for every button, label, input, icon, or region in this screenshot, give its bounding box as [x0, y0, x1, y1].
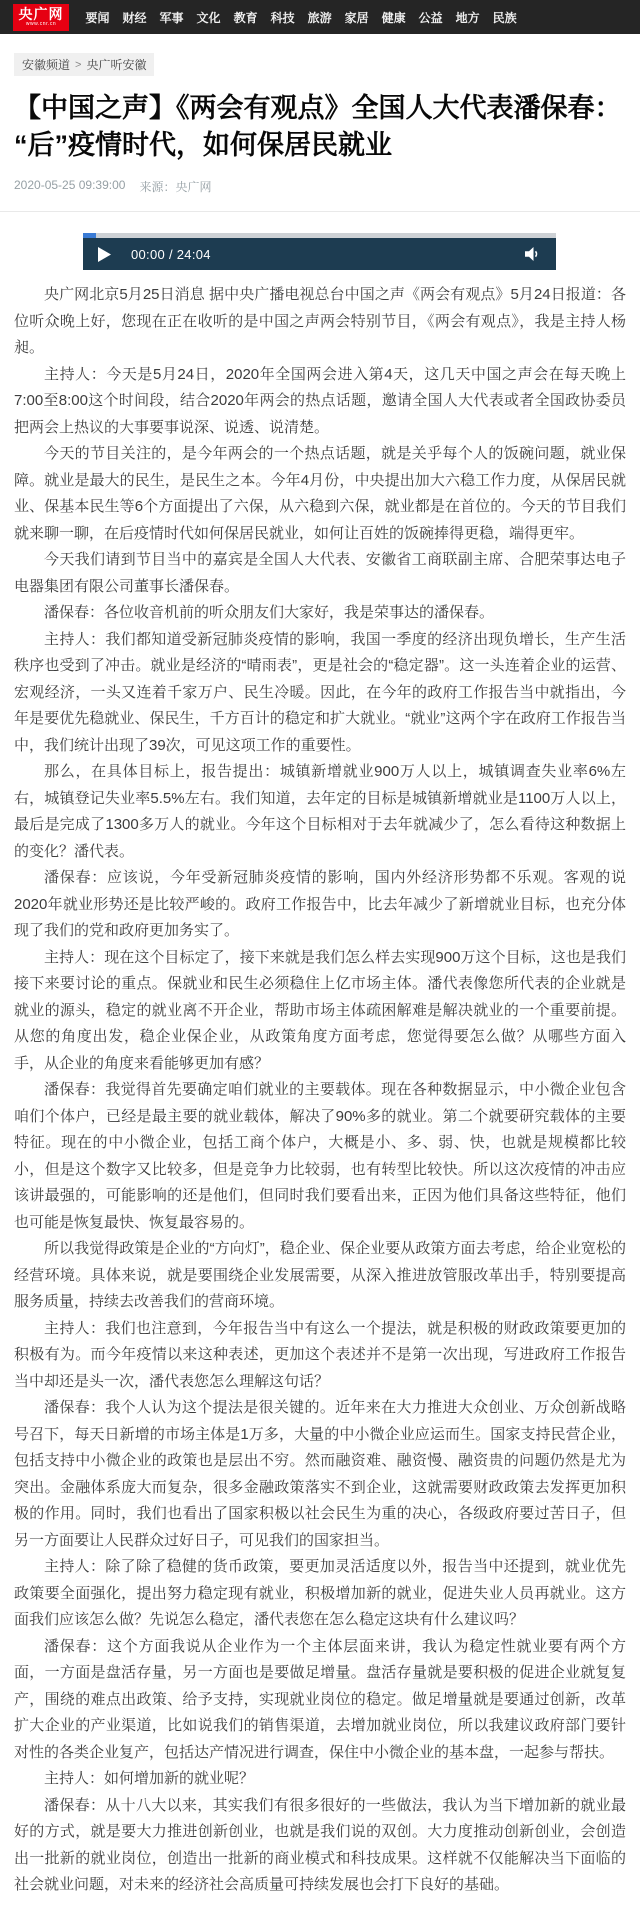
- breadcrumb-wrap: 安徽频道 > 央广听安徽: [0, 34, 640, 76]
- article-paragraph: 主持人：除了除了稳健的货币政策，要更加灵活适度以外，报告当中还提到，就业优先政策…: [14, 1554, 626, 1634]
- article-paragraph: 潘保春：我觉得首先要确定咱们就业的主要载体。现在各种数据显示，中小微企业包含咱们…: [14, 1077, 626, 1236]
- article-head: 【中国之声】《两会有观点》全国人大代表潘保春：“后”疫情时代，如何保居民就业 2…: [0, 76, 640, 195]
- nav-item-民族[interactable]: 民族: [486, 9, 523, 26]
- article-paragraph: 主持人：如何增加新的就业呢？: [14, 1766, 626, 1793]
- audio-time-display: 00:00 / 24:04: [131, 247, 211, 262]
- audio-player: 00:00 / 24:04: [83, 233, 556, 270]
- nav-item-文化[interactable]: 文化: [190, 9, 227, 26]
- breadcrumb-channel-link[interactable]: 安徽频道: [22, 56, 70, 73]
- play-icon: [98, 247, 111, 262]
- nav-item-科技[interactable]: 科技: [264, 9, 301, 26]
- article-paragraph: 今天我们请到节目当中的嘉宾是全国人大代表、安徽省工商联副主席、合肥荣事达电子电器…: [14, 547, 626, 600]
- article-paragraph: 今天的节目关注的，是今年两会的一个热点话题，就是关乎每个人的饭碗问题，就业保障。…: [14, 441, 626, 547]
- audio-player-bar: 00:00 / 24:04: [83, 238, 556, 270]
- article-paragraph: 潘保春：从十八大以来，其实我们有很多很好的一些做法，我认为当下增加新的就业最好的…: [14, 1793, 626, 1899]
- article-meta: 2020-05-25 09:39:00 来源：央广网: [14, 178, 626, 195]
- article-date: 2020-05-25 09:39:00: [14, 178, 125, 195]
- nav-item-要闻[interactable]: 要闻: [79, 9, 116, 26]
- article-paragraph: 主持人：今天是5月24日，2020年全国两会进入第4天，这几天中国之声会在每天晚…: [14, 362, 626, 442]
- breadcrumb-separator: >: [75, 59, 81, 71]
- site-header: 央广网 www.cnr.cn 要闻财经军事文化教育科技旅游家居健康公益地方民族: [0, 0, 640, 34]
- breadcrumb-section-link[interactable]: 央广听安徽: [86, 56, 146, 73]
- nav-item-家居[interactable]: 家居: [338, 9, 375, 26]
- article-title: 【中国之声】《两会有观点》全国人大代表潘保春：“后”疫情时代，如何保居民就业: [14, 90, 626, 164]
- article-paragraph: 主持人：我们也注意到，今年报告当中有这么一个提法，就是积极的财政政策要更加的积极…: [14, 1316, 626, 1396]
- article-paragraph: 央广网北京5月25日消息 据中央广播电视总台中国之声《两会有观点》5月24日报道…: [14, 282, 626, 362]
- article-paragraph: 主持人：我们都知道受新冠肺炎疫情的影响，我国一季度的经济出现负增长，生产生活秩序…: [14, 627, 626, 760]
- logo-title: 央广网: [19, 7, 64, 21]
- article-paragraph: 潘保春：各位收音机前的听众朋友们大家好，我是荣事达的潘保春。: [14, 600, 626, 627]
- article-paragraph: 潘保春：应该说，今年受新冠肺炎疫情的影响，国内外经济形势都不乐观。客观的说202…: [14, 865, 626, 945]
- audio-progress-bar[interactable]: [83, 233, 556, 238]
- nav-item-教育[interactable]: 教育: [227, 9, 264, 26]
- main-nav: 要闻财经军事文化教育科技旅游家居健康公益地方民族: [79, 9, 523, 26]
- nav-item-健康[interactable]: 健康: [375, 9, 412, 26]
- article-paragraph: 所以我觉得政策是企业的“方向灯”，稳企业、保企业要从政策方面去考虑，给企业宽松的…: [14, 1236, 626, 1316]
- logo-subtitle: www.cnr.cn: [26, 22, 56, 27]
- header-divider: [0, 211, 640, 212]
- nav-item-地方[interactable]: 地方: [449, 9, 486, 26]
- nav-item-旅游[interactable]: 旅游: [301, 9, 338, 26]
- speaker-icon: [525, 247, 541, 261]
- nav-item-军事[interactable]: 军事: [153, 9, 190, 26]
- site-logo[interactable]: 央广网 www.cnr.cn: [13, 4, 69, 31]
- volume-button[interactable]: [524, 246, 542, 262]
- audio-progress-played: [83, 233, 96, 238]
- article-body: 央广网北京5月25日消息 据中央广播电视总台中国之声《两会有观点》5月24日报道…: [0, 270, 640, 1909]
- breadcrumb: 安徽频道 > 央广听安徽: [14, 53, 154, 76]
- nav-item-财经[interactable]: 财经: [116, 9, 153, 26]
- article-paragraph: 那么，在具体目标上，报告提出：城镇新增就业900万人以上，城镇调查失业率6%左右…: [14, 759, 626, 865]
- article-source: 来源：央广网: [139, 178, 211, 195]
- play-button[interactable]: [97, 246, 111, 262]
- article-paragraph: 潘保春：我个人认为这个提法是很关键的。近年来在大力推进大众创业、万众创新战略号召…: [14, 1395, 626, 1554]
- article-paragraph: 主持人：现在这个目标定了，接下来就是我们怎么样去实现900万这个目标，这也是我们…: [14, 945, 626, 1078]
- article-paragraph: 潘保春：这个方面我说从企业作为一个主体层面来讲，我认为稳定性就业要有两个方面，一…: [14, 1634, 626, 1767]
- nav-item-公益[interactable]: 公益: [412, 9, 449, 26]
